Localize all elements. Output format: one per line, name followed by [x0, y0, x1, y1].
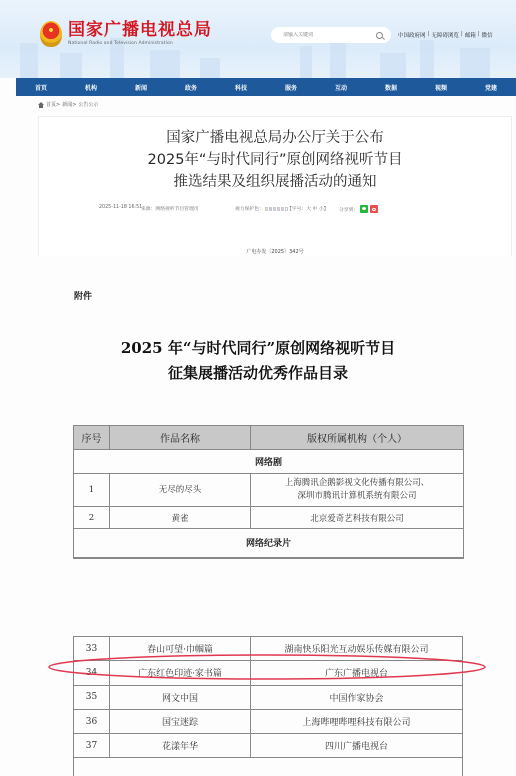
nav-government-affairs[interactable]: 政务	[166, 83, 216, 92]
breadcrumb-news[interactable]: 新闻>	[62, 101, 76, 108]
works-table-page1: 序号 作品名称 版权所属机构（个人） 网络剧 1 无尽的尽头 上海腾讯企鹅影视文…	[73, 425, 464, 559]
table-row: 36 国宝迷踪 上海哔哩哔哩科技有限公司	[74, 709, 463, 733]
header-title: 作品名称	[110, 426, 251, 450]
eye-care-swatch-pink[interactable]	[277, 207, 280, 211]
nav-video[interactable]: 视频	[416, 83, 466, 92]
attachment-title: 2025 年“与时代同行”原创网络视听节目 征集展播活动优秀作品目录	[0, 336, 516, 386]
header-no: 序号	[74, 426, 110, 450]
eye-care-swatch-grey[interactable]	[273, 207, 276, 211]
breadcrumb: 首页> 新闻> 公告公示	[38, 101, 98, 108]
search-box	[271, 27, 391, 43]
works-table-page2: 33 春山可望·巾帼篇 湖南快乐阳光互动娱乐传媒有限公司 34 广东红色印迹·家…	[73, 636, 463, 776]
breadcrumb-current: 公告公示	[78, 101, 98, 108]
logo-subtitle: National Radio and Television Administra…	[68, 40, 212, 47]
article-title: 国家广播电视总局办公厅关于公布 2025年“与时代同行”原创网络视听节目 推选结…	[39, 127, 511, 193]
breadcrumb-home[interactable]: 首页>	[46, 101, 60, 108]
eye-care-colors: 视力保护色：	[235, 205, 288, 212]
table-row-truncated	[74, 758, 463, 776]
logo-title: 国家广播电视总局	[68, 21, 212, 40]
search-icon[interactable]	[376, 32, 383, 39]
nav-party-building[interactable]: 党建	[466, 83, 516, 92]
table-row: 33 春山可望·巾帼篇 湖南快乐阳光互动娱乐传媒有限公司	[74, 637, 463, 661]
nav-interaction[interactable]: 互动	[316, 83, 366, 92]
nav-services[interactable]: 服务	[266, 83, 316, 92]
table-row: 35 网文中国 中国作家协会	[74, 685, 463, 709]
share-bar: 分享到：	[339, 205, 378, 213]
font-size-controls[interactable]: 【字号：大 中 小】	[287, 205, 328, 212]
top-links: 中国政府网| 无障碍浏览| 邮箱| 微信	[398, 31, 493, 39]
link-accessibility[interactable]: 无障碍浏览	[431, 31, 459, 39]
category-row: 网络剧	[74, 450, 464, 474]
table-row: 37 花漾年华 四川广播电视台	[74, 734, 463, 758]
search-input[interactable]	[283, 32, 376, 38]
attachment-label: 附件	[74, 289, 92, 302]
site-header-banner: 国家广播电视总局 National Radio and Television A…	[0, 0, 516, 78]
table-header-row: 序号 作品名称 版权所属机构（个人）	[74, 426, 464, 450]
wechat-share-icon[interactable]	[360, 205, 368, 213]
link-wechat[interactable]: 微信	[482, 31, 493, 39]
link-mailbox[interactable]: 邮箱	[465, 31, 476, 39]
main-nav: 首页 机构 新闻 政务 科技 服务 互动 数据 视频 党建	[16, 78, 516, 96]
eye-care-swatch-yellow[interactable]	[265, 207, 268, 211]
nav-technology[interactable]: 科技	[216, 83, 266, 92]
category-row: 网络纪录片	[74, 529, 464, 558]
nav-news[interactable]: 新闻	[116, 83, 166, 92]
nav-home[interactable]: 首页	[16, 83, 66, 92]
site-logo[interactable]: 国家广播电视总局 National Radio and Television A…	[40, 21, 212, 47]
table-row: 1 无尽的尽头 上海腾讯企鹅影视文化传播有限公司、 深圳市腾讯计算机系统有限公司	[74, 474, 464, 507]
weibo-share-icon[interactable]	[370, 205, 378, 213]
nav-data[interactable]: 数据	[366, 83, 416, 92]
article-card: 国家广播电视总局办公厅关于公布 2025年“与时代同行”原创网络视听节目 推选结…	[38, 116, 512, 256]
home-icon	[38, 102, 44, 108]
table-row: 2 黄雀 北京爱奇艺科技有限公司	[74, 507, 464, 529]
document-number: 广电办发〔2025〕342号	[39, 248, 511, 255]
header-org: 版权所属机构（个人）	[251, 426, 464, 450]
national-emblem-icon	[40, 21, 62, 47]
table-row-highlighted: 34 广东红色印迹·家书篇 广东广播电视台	[74, 661, 463, 685]
article-source: 来源：网络视听节目管理司	[141, 205, 199, 212]
eye-care-swatch-blue[interactable]	[269, 207, 272, 211]
publish-date: 2025-11-18 16:51	[99, 205, 142, 210]
eye-care-swatch-purple[interactable]	[281, 207, 284, 211]
link-gov-portal[interactable]: 中国政府网	[398, 31, 426, 39]
nav-organization[interactable]: 机构	[66, 83, 116, 92]
